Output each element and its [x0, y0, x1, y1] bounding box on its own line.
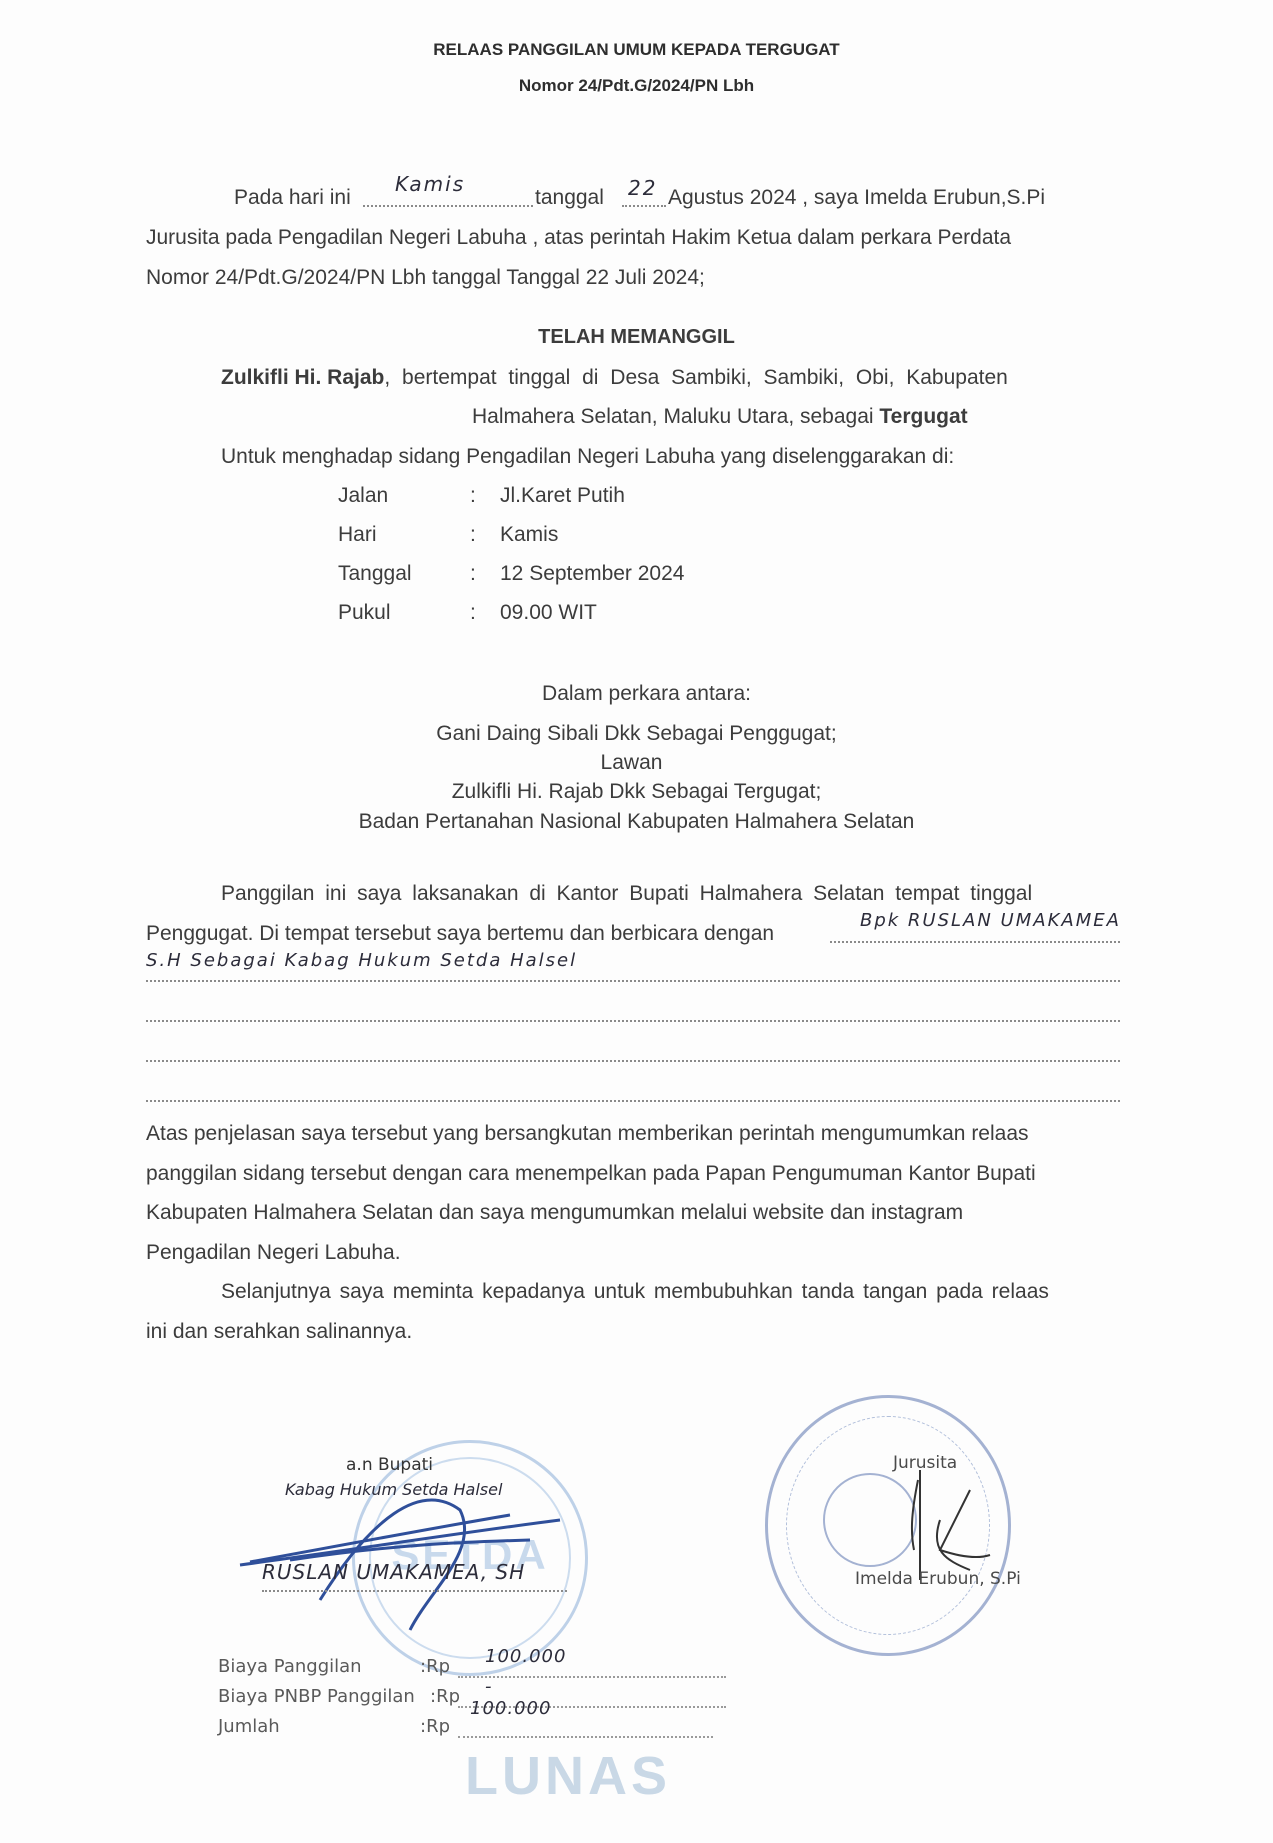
- announcement-line-3: Kabupaten Halmahera Selatan dan saya men…: [146, 1201, 963, 1225]
- hearing-value: Kamis: [500, 523, 558, 547]
- left-signer-name-handwritten: RUSLAN UMAKAMEA, SH: [262, 1560, 525, 1584]
- co-defendant-line: Badan Pertanahan Nasional Kabupaten Halm…: [0, 810, 1273, 834]
- execution-line-2: Penggugat. Di tempat tersebut saya berte…: [146, 922, 774, 946]
- hearing-label: Tanggal: [338, 562, 412, 586]
- right-signer-name: Imelda Erubun, S.Pi: [855, 1569, 1021, 1589]
- hearing-label: Pukul: [338, 601, 391, 625]
- document-page: RELAAS PANGGILAN UMUM KEPADA TERGUGAT No…: [0, 0, 1273, 1843]
- hearing-label: Jalan: [338, 484, 388, 508]
- plaintiff-line: Gani Daing Sibali Dkk Sebagai Penggugat;: [0, 722, 1273, 746]
- hearing-separator: :: [470, 601, 476, 625]
- announcement-line-1: Atas penjelasan saya tersebut yang bersa…: [146, 1122, 1029, 1146]
- day-blank: [363, 205, 533, 207]
- fee-blank: [458, 1676, 726, 1678]
- defendant-line-2: Halmahera Selatan, Maluku Utara, sebagai…: [472, 405, 968, 429]
- left-signer-line: [262, 1590, 567, 1592]
- hearing-separator: :: [470, 562, 476, 586]
- defendant-role: Tergugat: [879, 405, 967, 428]
- hearing-value: 09.00 WIT: [500, 601, 597, 625]
- hearing-label: Hari: [338, 523, 377, 547]
- opening-date-rest: Agustus 2024 , saya Imelda Erubun,S.Pi: [668, 186, 1045, 210]
- execution-line-1: Panggilan ini saya laksanakan di Kantor …: [221, 882, 1032, 906]
- met-blank-1: [830, 941, 1120, 943]
- fee-value-handwritten: -: [485, 1676, 493, 1697]
- fee-currency: :Rp: [420, 1716, 450, 1737]
- announcement-line-4: Pengadilan Negeri Labuha.: [146, 1241, 401, 1265]
- fee-currency: :Rp: [430, 1686, 460, 1707]
- fee-currency: :Rp: [420, 1656, 450, 1677]
- fee-blank: [458, 1736, 713, 1738]
- versus-line: Lawan: [0, 751, 1268, 775]
- hearing-separator: :: [470, 484, 476, 508]
- fee-value-handwritten: 100.000: [470, 1698, 551, 1719]
- met-handwritten-1: Bpk RUSLAN UMAKAMEA: [860, 910, 1121, 931]
- hearing-value: 12 September 2024: [500, 562, 684, 586]
- tanggal-label: tanggal: [535, 186, 604, 210]
- closing-line-1: Selanjutnya saya meminta kepadanya untuk…: [221, 1280, 1049, 1304]
- opening-line-3: Nomor 24/Pdt.G/2024/PN Lbh tanggal Tangg…: [146, 266, 705, 290]
- paid-stamp: LUNAS: [465, 1745, 671, 1807]
- date-blank: [622, 205, 666, 207]
- document-number: Nomor 24/Pdt.G/2024/PN Lbh: [0, 76, 1273, 96]
- blank-line-1: [146, 980, 1120, 982]
- fee-label: Jumlah: [218, 1716, 280, 1737]
- defendant-line: Zulkifli Hi. Rajab Dkk Sebagai Tergugat;: [0, 780, 1273, 804]
- defendant-address-2: Halmahera Selatan, Maluku Utara, sebagai: [472, 405, 879, 428]
- hearing-intro: Untuk menghadap sidang Pengadilan Negeri…: [221, 445, 954, 469]
- document-title: RELAAS PANGGILAN UMUM KEPADA TERGUGAT: [0, 40, 1273, 60]
- opening-line-2: Jurusita pada Pengadilan Negeri Labuha ,…: [146, 226, 1011, 250]
- hearing-separator: :: [470, 523, 476, 547]
- date-handwritten: 22: [628, 176, 657, 200]
- opening-prefix: Pada hari ini: [234, 186, 351, 210]
- defendant-address-1: , bertempat tinggal di Desa Sambiki, Sam…: [384, 366, 1007, 389]
- blank-line-3: [146, 1060, 1120, 1062]
- hearing-value: Jl.Karet Putih: [500, 484, 625, 508]
- parties-heading: Dalam perkara antara:: [10, 682, 1273, 706]
- fee-label: Biaya Panggilan: [218, 1656, 362, 1677]
- blank-line-4: [146, 1100, 1120, 1102]
- summons-heading: TELAH MEMANGGIL: [0, 326, 1273, 349]
- blank-line-2: [146, 1020, 1120, 1022]
- closing-line-2: ini dan serahkan salinannya.: [146, 1320, 412, 1344]
- fee-value-handwritten: 100.000: [485, 1646, 566, 1667]
- defendant-line-1: Zulkifli Hi. Rajab, bertempat tinggal di…: [221, 366, 1008, 390]
- fee-label: Biaya PNBP Panggilan: [218, 1686, 415, 1707]
- defendant-name: Zulkifli Hi. Rajab: [221, 366, 384, 389]
- met-handwritten-2: S.H Sebagai Kabag Hukum Setda Halsel: [146, 950, 577, 971]
- day-handwritten: Kamis: [395, 172, 465, 196]
- announcement-line-2: panggilan sidang tersebut dengan cara me…: [146, 1162, 1036, 1186]
